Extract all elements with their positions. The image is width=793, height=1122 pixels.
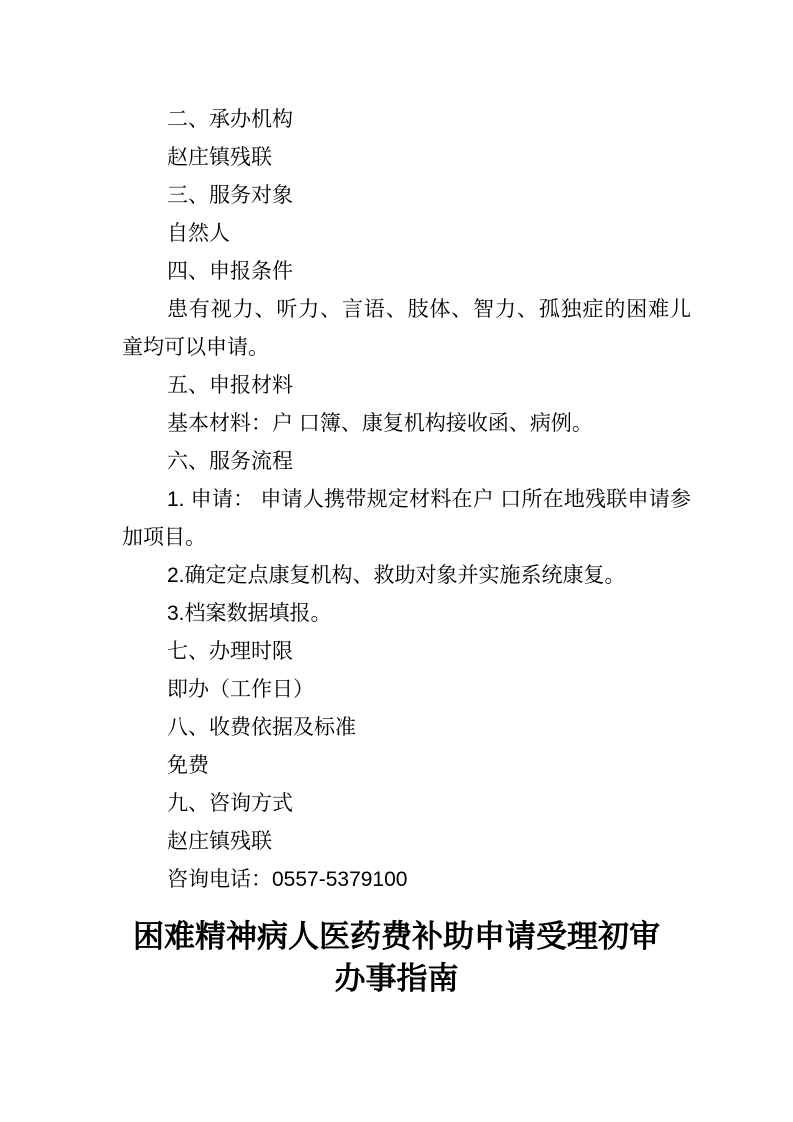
heading-service-target: 三、服务对象 (122, 177, 691, 215)
heading-undertaking-agency: 二、承办机构 (122, 101, 691, 139)
text-process-step-1: 1. 申请： 申请人携带规定材料在户 口所在地残联申请参加项目。 (122, 481, 691, 557)
heading-application-materials: 五、申报材料 (122, 367, 691, 405)
text-application-conditions: 患有视力、听力、言语、肢体、智力、孤独症的困难儿童均可以申请。 (122, 291, 691, 367)
next-guide-title: 困难精神病人医药费补助申请受理初审 办事指南 (0, 916, 793, 1000)
text-application-materials: 基本材料：户 口簿、康复机构接收函、病例。 (122, 405, 691, 443)
next-guide-title-line2: 办事指南 (0, 958, 793, 1000)
heading-service-process: 六、服务流程 (122, 443, 691, 481)
text-undertaking-agency-name: 赵庄镇残联 (122, 139, 691, 177)
heading-processing-time-limit: 七、办理时限 (122, 633, 691, 671)
text-service-target: 自然人 (122, 215, 691, 253)
text-fee-free: 免费 (122, 747, 691, 785)
next-guide-title-line1: 困难精神病人医药费补助申请受理初审 (0, 916, 793, 958)
heading-fee-basis-standard: 八、收费依据及标准 (122, 709, 691, 747)
text-consultation-phone: 咨询电话：0557-5379100 (122, 861, 691, 899)
document-body: 二、承办机构 赵庄镇残联 三、服务对象 自然人 四、申报条件 患有视力、听力、言… (122, 101, 691, 899)
text-process-step-3: 3.档案数据填报。 (122, 595, 691, 633)
document-page: 二、承办机构 赵庄镇残联 三、服务对象 自然人 四、申报条件 患有视力、听力、言… (0, 0, 793, 1122)
heading-consultation-method: 九、咨询方式 (122, 785, 691, 823)
text-consultation-agency: 赵庄镇残联 (122, 823, 691, 861)
heading-application-conditions: 四、申报条件 (122, 253, 691, 291)
text-process-step-2: 2.确定定点康复机构、救助对象并实施系统康复。 (122, 557, 691, 595)
text-processing-time-limit: 即办（工作日） (122, 671, 691, 709)
